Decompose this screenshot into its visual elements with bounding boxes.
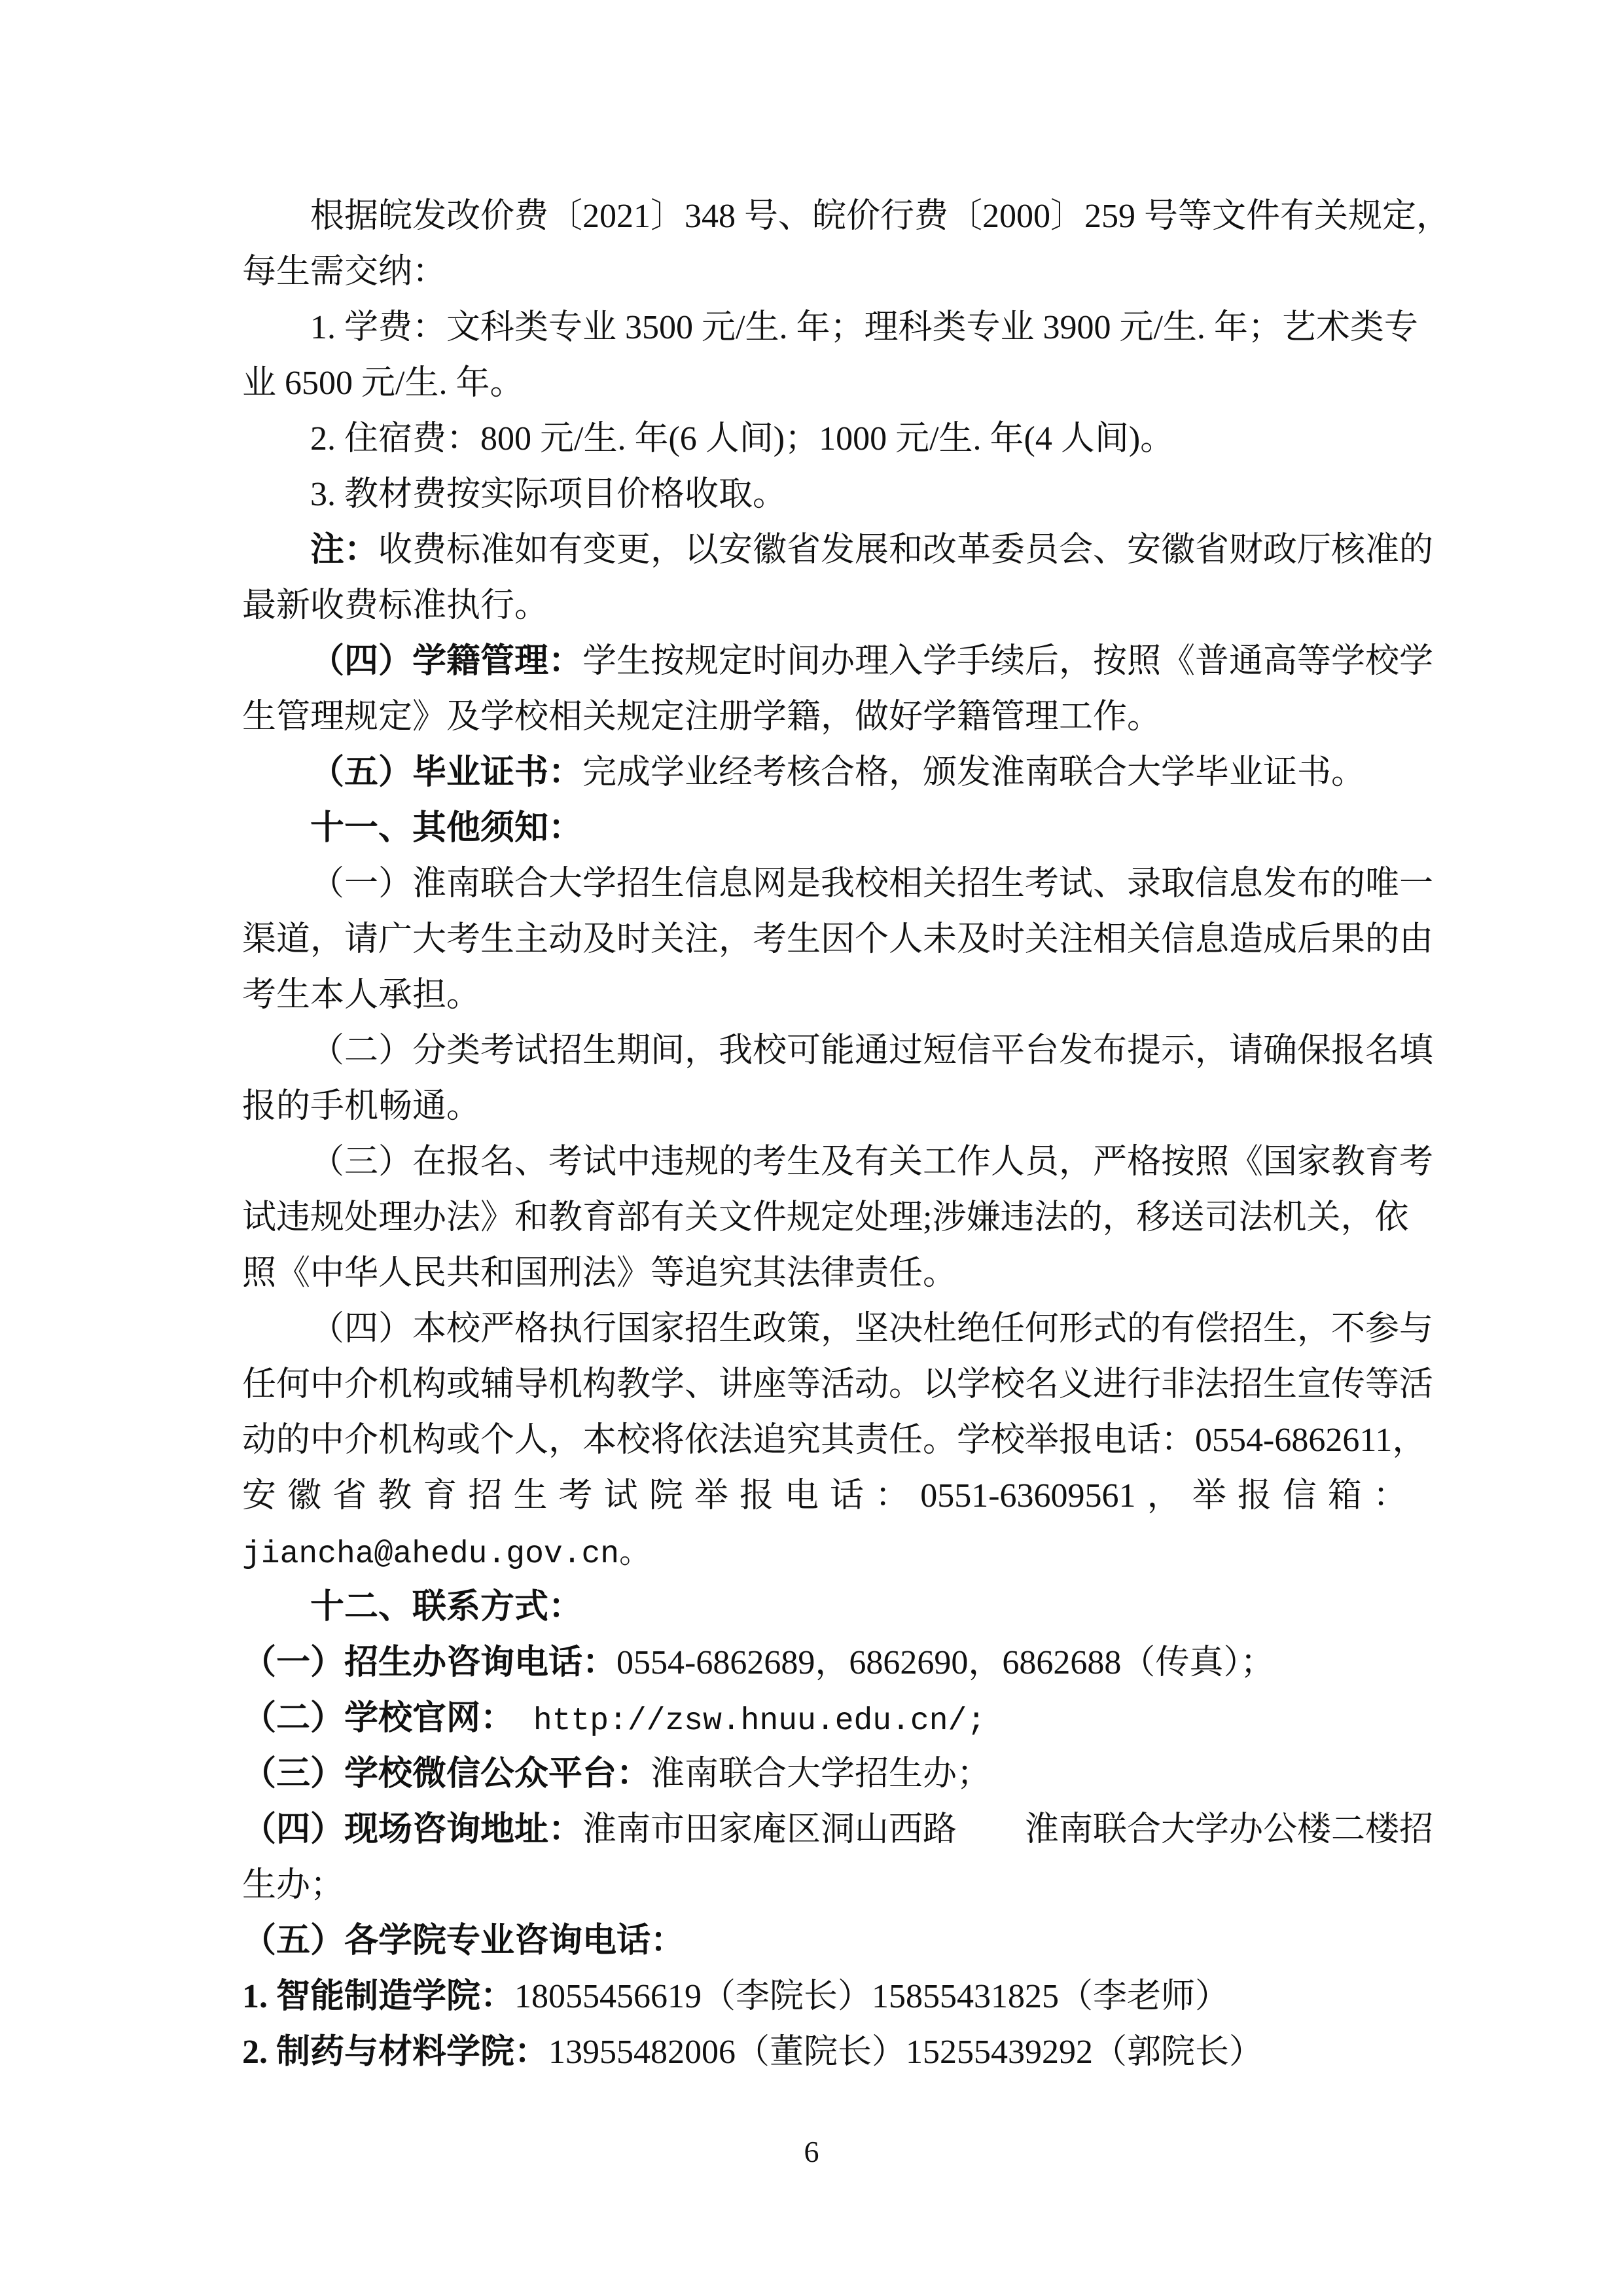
label-text: 2. 制药与材料学院：	[242, 2034, 548, 2071]
body-text: 生办；	[242, 1867, 344, 1904]
body-text: 生管理规定》及学校相关规定注册学籍，做好学籍管理工作。	[242, 698, 1161, 736]
heading-contact-info: 十二、联系方式：	[242, 1579, 1407, 1635]
body-text: 0554-6862689，6862690，6862688（传真）；	[616, 1644, 1274, 1681]
text-line: 每生需交纳：	[242, 244, 1407, 300]
text-line: 照《中华人民共和国刑法》等追究其法律责任。	[242, 1246, 1407, 1301]
text-line: 3. 教材费按实际项目价格收取。	[242, 467, 1407, 522]
body-text: 每生需交纳：	[242, 253, 446, 291]
label-text: （四）现场咨询地址：	[242, 1811, 582, 1848]
text-line: 报的手机畅通。	[242, 1079, 1407, 1134]
text-line: （四）现场咨询地址：淮南市田家庵区洞山西路 淮南联合大学办公楼二楼招	[242, 1802, 1407, 1857]
text-line: 1. 智能制造学院：18055456619（李院长）15855431825（李老…	[242, 1969, 1407, 2024]
body-text: 渠道，请广大考生主动及时关注，考生因个人未及时关注相关信息造成后果的由	[242, 921, 1433, 958]
body-text: 收费标准如有变更，以安徽省发展和改革委员会、安徽省财政厅核准的	[378, 531, 1433, 569]
text-line: 最新收费标准执行。	[242, 578, 1407, 634]
body-text: http://zsw.hnuu.edu.cn/;	[514, 1704, 986, 1739]
text-line: （三）在报名、考试中违规的考生及有关工作人员，严格按照《国家教育考	[242, 1134, 1407, 1190]
text-line: 任何中介机构或辅导机构教学、讲座等活动。以学校名义进行非法招生宣传等活	[242, 1357, 1407, 1412]
body-text: 试违规处理办法》和教育部有关文件规定处理;涉嫌违法的，移送司法机关，依	[242, 1199, 1408, 1236]
label-text: （四）学籍管理：	[310, 643, 582, 680]
body-text: 1. 学费：文科类专业 3500 元/生. 年；理科类专业 3900 元/生. …	[310, 309, 1418, 346]
text-line: 根据皖发改价费〔2021〕348 号、皖价行费〔2000〕259 号等文件有关规…	[242, 188, 1407, 244]
body-text: 淮南联合大学招生办；	[651, 1755, 991, 1793]
label-text: （三）学校微信公众平台：	[242, 1755, 651, 1793]
text-line: 1. 学费：文科类专业 3500 元/生. 年；理科类专业 3900 元/生. …	[242, 300, 1407, 355]
body-text: 淮南市田家庵区洞山西路 淮南联合大学办公楼二楼招	[582, 1811, 1433, 1848]
label-text: 注：	[310, 531, 378, 569]
text-line: 安徽省教育招生考试院举报电话：0551-63609561，举报信箱：	[242, 1468, 1407, 1524]
text-line: （四）本校严格执行国家招生政策，坚决杜绝任何形式的有偿招生，不参与	[242, 1301, 1407, 1357]
body-text: 学生按规定时间办理入学手续后，按照《普通高等学校学	[582, 643, 1433, 680]
text-line: jiancha@ahedu.gov.cn。	[242, 1524, 1407, 1579]
body-text: （四）本校严格执行国家招生政策，坚决杜绝任何形式的有偿招生，不参与	[310, 1310, 1433, 1348]
body-text: 2. 住宿费：800 元/生. 年(6 人间)；1000 元/生. 年(4 人间…	[310, 420, 1174, 457]
heading-other-notes: 十一、其他须知：	[242, 800, 1407, 856]
text-line: 试违规处理办法》和教育部有关文件规定处理;涉嫌违法的，移送司法机关，依	[242, 1190, 1407, 1246]
body-text: 13955482006（董院长）15255439292（郭院长）	[548, 2034, 1263, 2071]
text-line: 注：收费标准如有变更，以安徽省发展和改革委员会、安徽省财政厅核准的	[242, 522, 1407, 578]
body-text: 照《中华人民共和国刑法》等追究其法律责任。	[242, 1255, 957, 1292]
body-text: 根据皖发改价费〔2021〕348 号、皖价行费〔2000〕259 号等文件有关规…	[310, 198, 1450, 235]
label-text: 十二、联系方式：	[310, 1588, 582, 1626]
label-text: （五）各学院专业咨询电话：	[242, 1922, 685, 1960]
body-text: 安徽省教育招生考试院举报电话：0551-63609561，举报信箱：	[242, 1477, 1407, 1515]
body-text: 动的中介机构或个人，本校将依法追究其责任。学校举报电话：0554-6862611…	[242, 1422, 1426, 1459]
body-text: （三）在报名、考试中违规的考生及有关工作人员，严格按照《国家教育考	[310, 1143, 1433, 1181]
label-text: （二）学校官网：	[242, 1700, 514, 1737]
label-text: （一）招生办咨询电话：	[242, 1644, 616, 1681]
text-line: （二）分类考试招生期间，我校可能通过短信平台发布提示，请确保报名填	[242, 1023, 1407, 1079]
text-line: （四）学籍管理：学生按规定时间办理入学手续后，按照《普通高等学校学	[242, 634, 1407, 689]
document-body: 根据皖发改价费〔2021〕348 号、皖价行费〔2000〕259 号等文件有关规…	[242, 188, 1407, 2080]
body-text: 业 6500 元/生. 年。	[242, 365, 524, 402]
body-text: jiancha@ahedu.gov.cn。	[242, 1537, 651, 1572]
page-number: 6	[0, 2132, 1623, 2172]
text-line: 2. 制药与材料学院：13955482006（董院长）15255439292（郭…	[242, 2024, 1407, 2080]
body-text: 3. 教材费按实际项目价格收取。	[310, 476, 787, 513]
body-text: 18055456619（李院长）15855431825（李老师）	[514, 1978, 1229, 2015]
text-line: 生办；	[242, 1857, 1407, 1913]
text-line: （三）学校微信公众平台：淮南联合大学招生办；	[242, 1746, 1407, 1802]
text-line: （一）淮南联合大学招生信息网是我校相关招生考试、录取信息发布的唯一	[242, 856, 1407, 912]
text-line: （一）招生办咨询电话：0554-6862689，6862690，6862688（…	[242, 1635, 1407, 1691]
text-line: （五）各学院专业咨询电话：	[242, 1913, 1407, 1969]
label-text: （五）毕业证书：	[310, 754, 582, 791]
label-text: 十一、其他须知：	[310, 810, 582, 847]
text-line: 动的中介机构或个人，本校将依法追究其责任。学校举报电话：0554-6862611…	[242, 1412, 1407, 1468]
body-text: （二）分类考试招生期间，我校可能通过短信平台发布提示，请确保报名填	[310, 1032, 1433, 1069]
text-line: 业 6500 元/生. 年。	[242, 355, 1407, 411]
text-line: 2. 住宿费：800 元/生. 年(6 人间)；1000 元/生. 年(4 人间…	[242, 411, 1407, 467]
body-text: 任何中介机构或辅导机构教学、讲座等活动。以学校名义进行非法招生宣传等活	[242, 1366, 1433, 1403]
label-text: 1. 智能制造学院：	[242, 1978, 514, 2015]
text-line: 渠道，请广大考生主动及时关注，考生因个人未及时关注相关信息造成后果的由	[242, 912, 1407, 967]
text-line: 生管理规定》及学校相关规定注册学籍，做好学籍管理工作。	[242, 689, 1407, 745]
text-line: 考生本人承担。	[242, 967, 1407, 1023]
body-text: 完成学业经考核合格，颁发淮南联合大学毕业证书。	[582, 754, 1365, 791]
body-text: （一）淮南联合大学招生信息网是我校相关招生考试、录取信息发布的唯一	[310, 865, 1433, 903]
body-text: 考生本人承担。	[242, 977, 480, 1014]
body-text: 报的手机畅通。	[242, 1088, 480, 1125]
text-line: （五）毕业证书：完成学业经考核合格，颁发淮南联合大学毕业证书。	[242, 745, 1407, 800]
document-page: 根据皖发改价费〔2021〕348 号、皖价行费〔2000〕259 号等文件有关规…	[0, 0, 1623, 2296]
text-line: （二）学校官网： http://zsw.hnuu.edu.cn/;	[242, 1691, 1407, 1746]
body-text: 最新收费标准执行。	[242, 587, 548, 624]
